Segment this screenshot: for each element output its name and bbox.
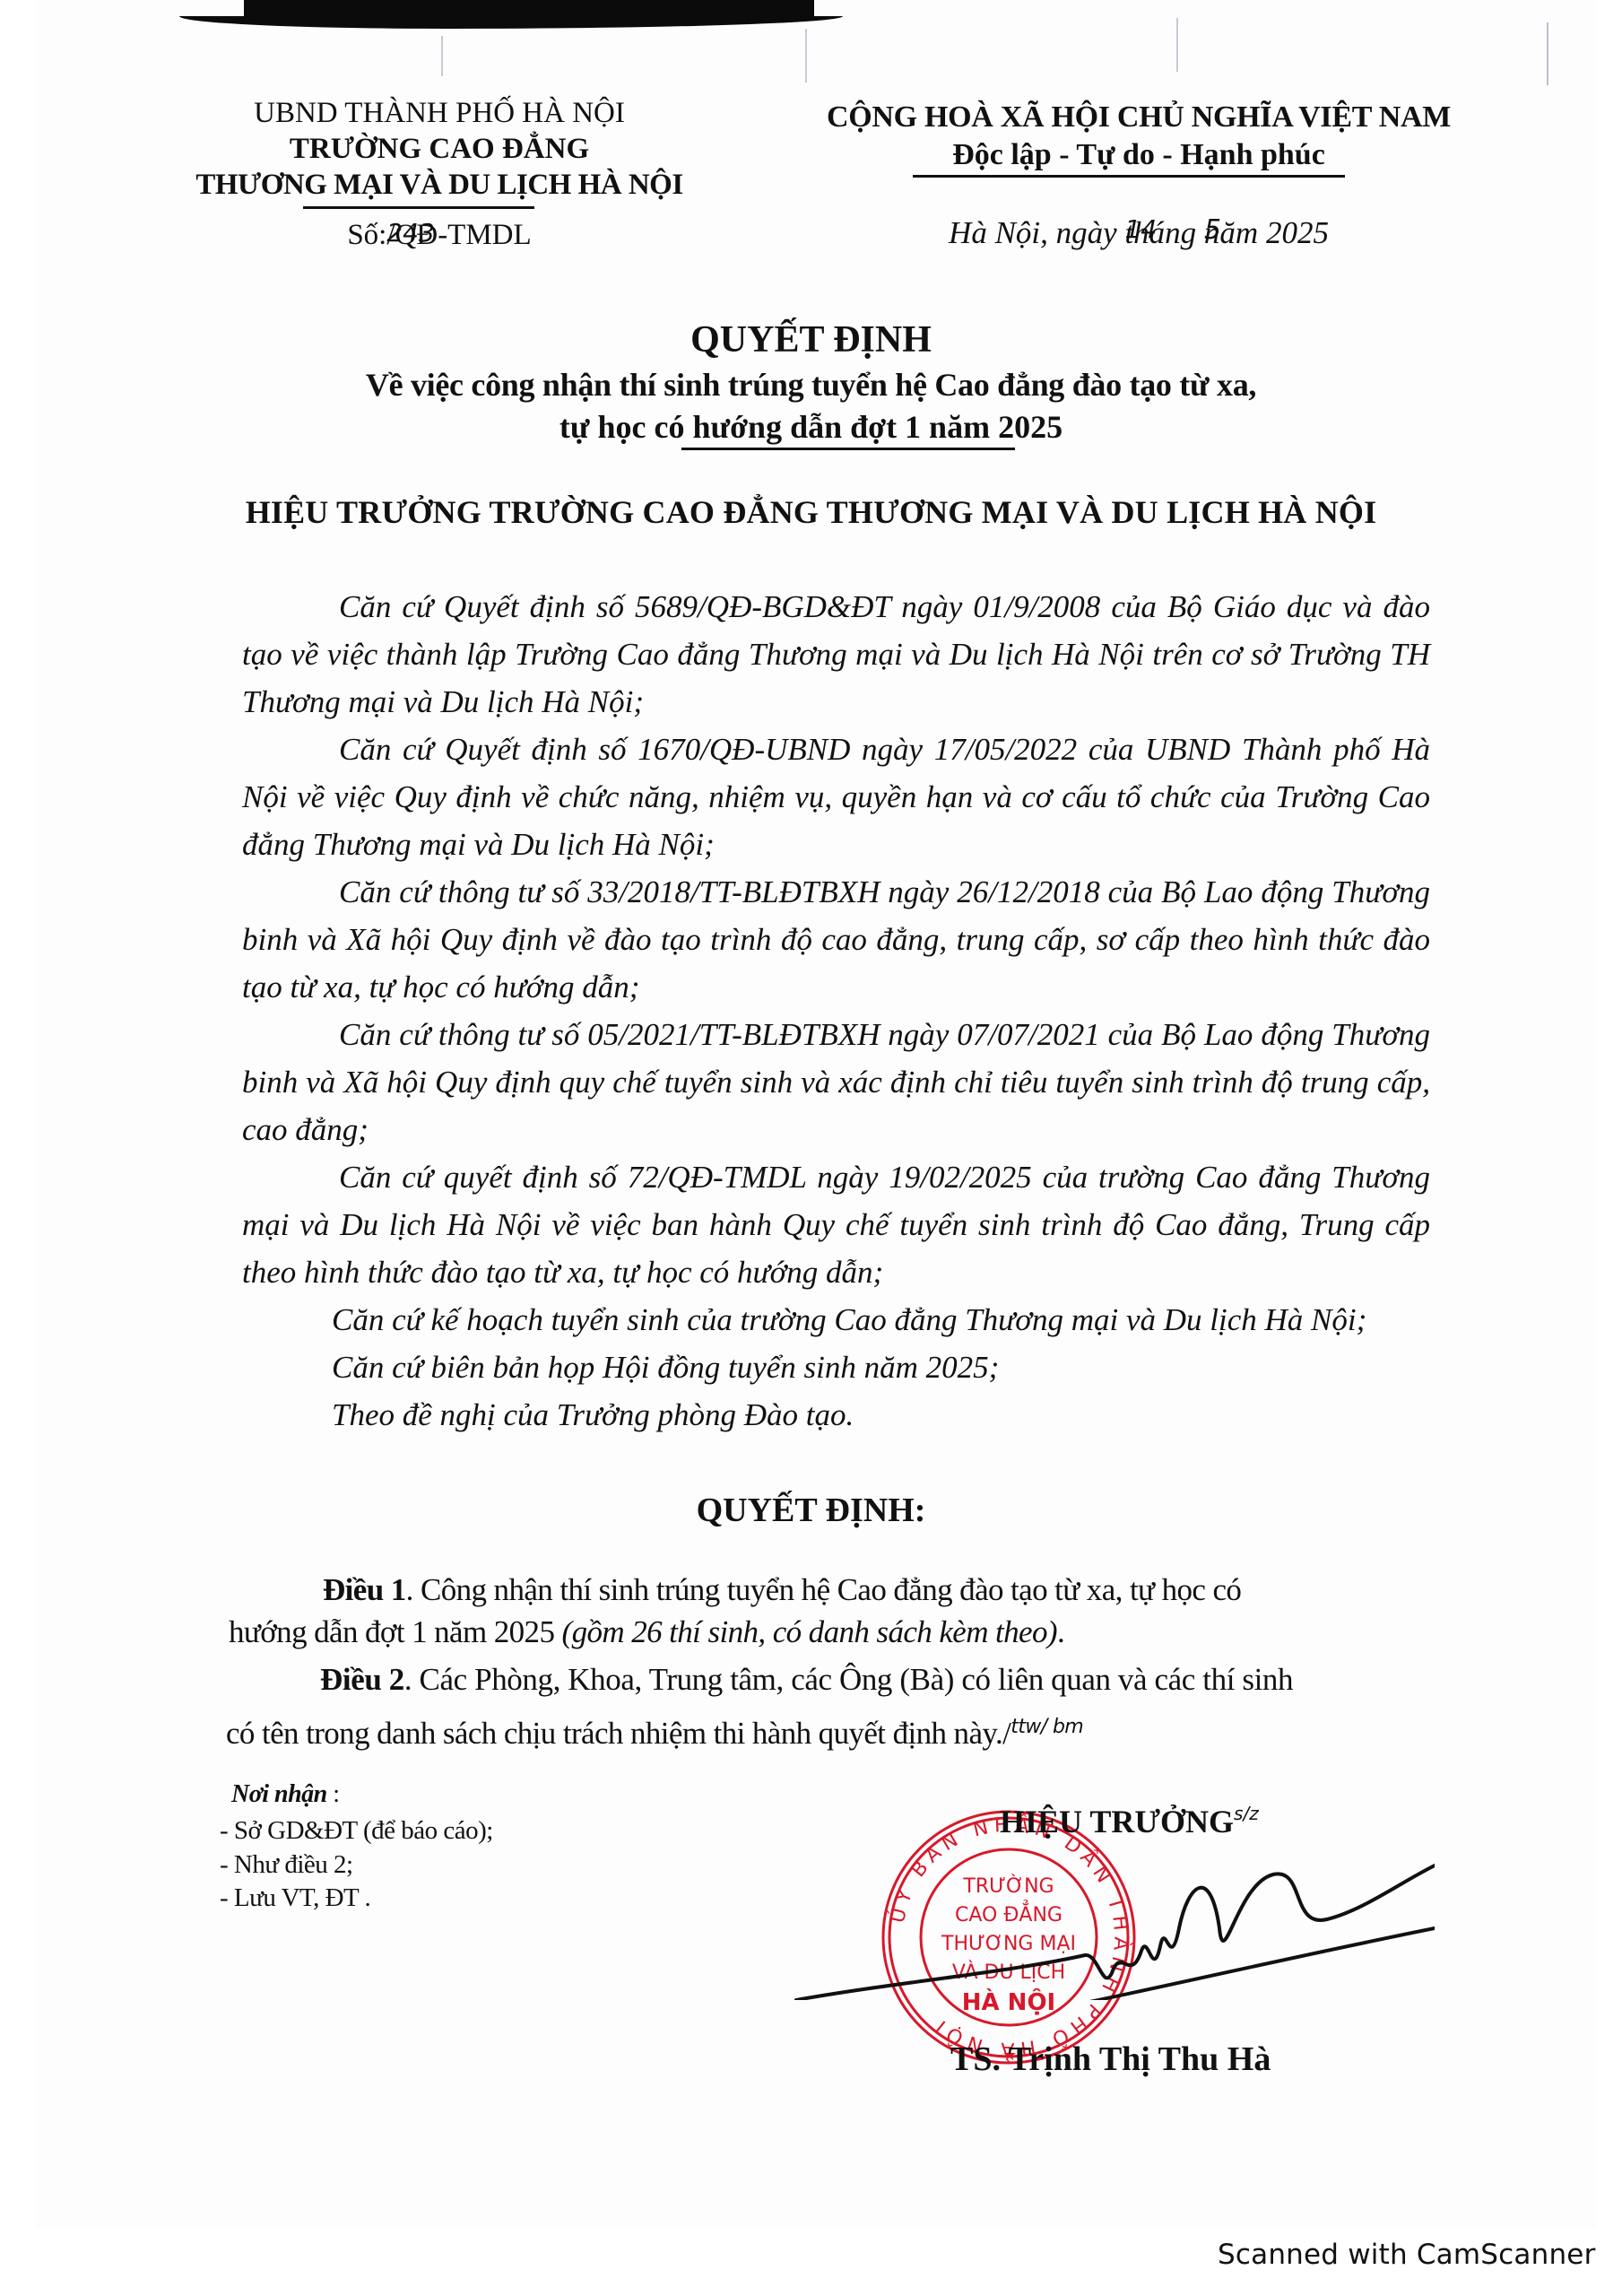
article-1-label: Điều 1 — [323, 1572, 406, 1607]
recipients-heading: Nơi nhận : — [231, 1780, 340, 1809]
date-day-handwritten: 14 — [1124, 217, 1157, 242]
date-month-handwritten: 5 — [1204, 217, 1221, 244]
header-national-motto: Độc lập - Tự do - Hạnh phúc — [789, 140, 1488, 170]
decision-heading: QUYẾT ĐỊNH: — [0, 1491, 1622, 1530]
article-1-line2: hướng dẫn đợt 1 năm 2025 (gồm 26 thí sin… — [229, 1616, 1430, 1648]
article-2-line2: có tên trong danh sách chịu trách nhiệm … — [226, 1718, 1427, 1749]
legal-basis-4: Căn cứ thông tư số 05/2021/TT-BLĐTBXH ng… — [242, 1011, 1430, 1153]
document-number: Số:243/QĐ-TMDL — [170, 221, 708, 250]
header-right-underline — [913, 175, 1345, 178]
number-prefix: Số: — [347, 219, 386, 251]
article-2-label: Điều 2 — [320, 1662, 404, 1697]
issuing-authority-heading: HIỆU TRƯỞNG TRƯỜNG CAO ĐẲNG THƯƠNG MẠI V… — [0, 493, 1622, 531]
handwritten-initials: ttw/ bm — [1010, 1718, 1083, 1737]
recipient-item: - Như điều 2; — [220, 1850, 353, 1880]
header-left-underline — [303, 206, 534, 209]
legal-basis-3: Căn cứ thông tư số 33/2018/TT-BLĐTBXH ng… — [242, 868, 1430, 1011]
header-school-line1: TRƯỜNG CAO ĐẲNG — [170, 135, 708, 164]
article-1-line1: Điều 1. Công nhận thí sinh trúng tuyển h… — [323, 1574, 1524, 1605]
scan-artifact-line — [441, 36, 443, 76]
recipient-item: - Sở GD&ĐT (để báo cáo); — [220, 1816, 493, 1846]
document-subtitle-line1: Về việc công nhận thí sinh trúng tuyển h… — [0, 366, 1622, 404]
signatory-name: TS. Trịnh Thị Thu Hà — [950, 2039, 1271, 2079]
header-national-title: CỘNG HOÀ XÃ HỘI CHỦ NGHĨA VIỆT NAM — [789, 102, 1488, 133]
header-issuing-authority: UBND THÀNH PHỐ HÀ NỘI — [170, 99, 708, 128]
scan-artifact-line — [805, 29, 807, 83]
legal-basis-8: Theo đề nghị của Trưởng phòng Đào tạo. — [332, 1397, 854, 1433]
scan-artifact-line — [1547, 22, 1548, 85]
signature-title: HIỆU TRƯỞNGs/z — [1000, 1803, 1234, 1840]
issue-date: Hà Nội, ngày 14tháng 5 năm 2025 — [789, 217, 1488, 248]
subtitle-underline — [681, 448, 1015, 450]
camscanner-watermark: Scanned with CamScanner — [1218, 2239, 1596, 2271]
article-2-line1: Điều 2. Các Phòng, Khoa, Trung tâm, các … — [320, 1664, 1522, 1695]
date-prefix: Hà Nội, ngày — [949, 215, 1124, 250]
handwritten-signature — [789, 1848, 1435, 2000]
legal-basis-7: Căn cứ biên bản họp Hội đồng tuyển sinh … — [332, 1350, 999, 1386]
legal-basis-2: Căn cứ Quyết định số 1670/QĐ-UBND ngày 1… — [242, 726, 1430, 868]
legal-basis-6: Căn cứ kế hoạch tuyển sinh của trường Ca… — [332, 1302, 1366, 1338]
scan-artifact-line — [1176, 18, 1178, 72]
signature-title-initials: s/z — [1234, 1803, 1259, 1824]
number-handwritten: 243 — [386, 221, 434, 246]
recipient-item: - Lưu VT, ĐT . — [220, 1883, 370, 1913]
legal-basis-5: Căn cứ quyết định số 72/QĐ-TMDL ngày 19/… — [242, 1153, 1430, 1296]
date-year: năm 2025 — [1204, 215, 1329, 250]
header-school-line2: THƯƠNG MẠI VÀ DU LỊCH HÀ NỘI — [170, 170, 708, 200]
document-subtitle-line2: tự học có hướng dẫn đợt 1 năm 2025 — [0, 408, 1622, 446]
document-title: QUYẾT ĐỊNH — [0, 318, 1622, 361]
legal-basis-1: Căn cứ Quyết định số 5689/QĐ-BGD&ĐT ngày… — [242, 583, 1430, 726]
